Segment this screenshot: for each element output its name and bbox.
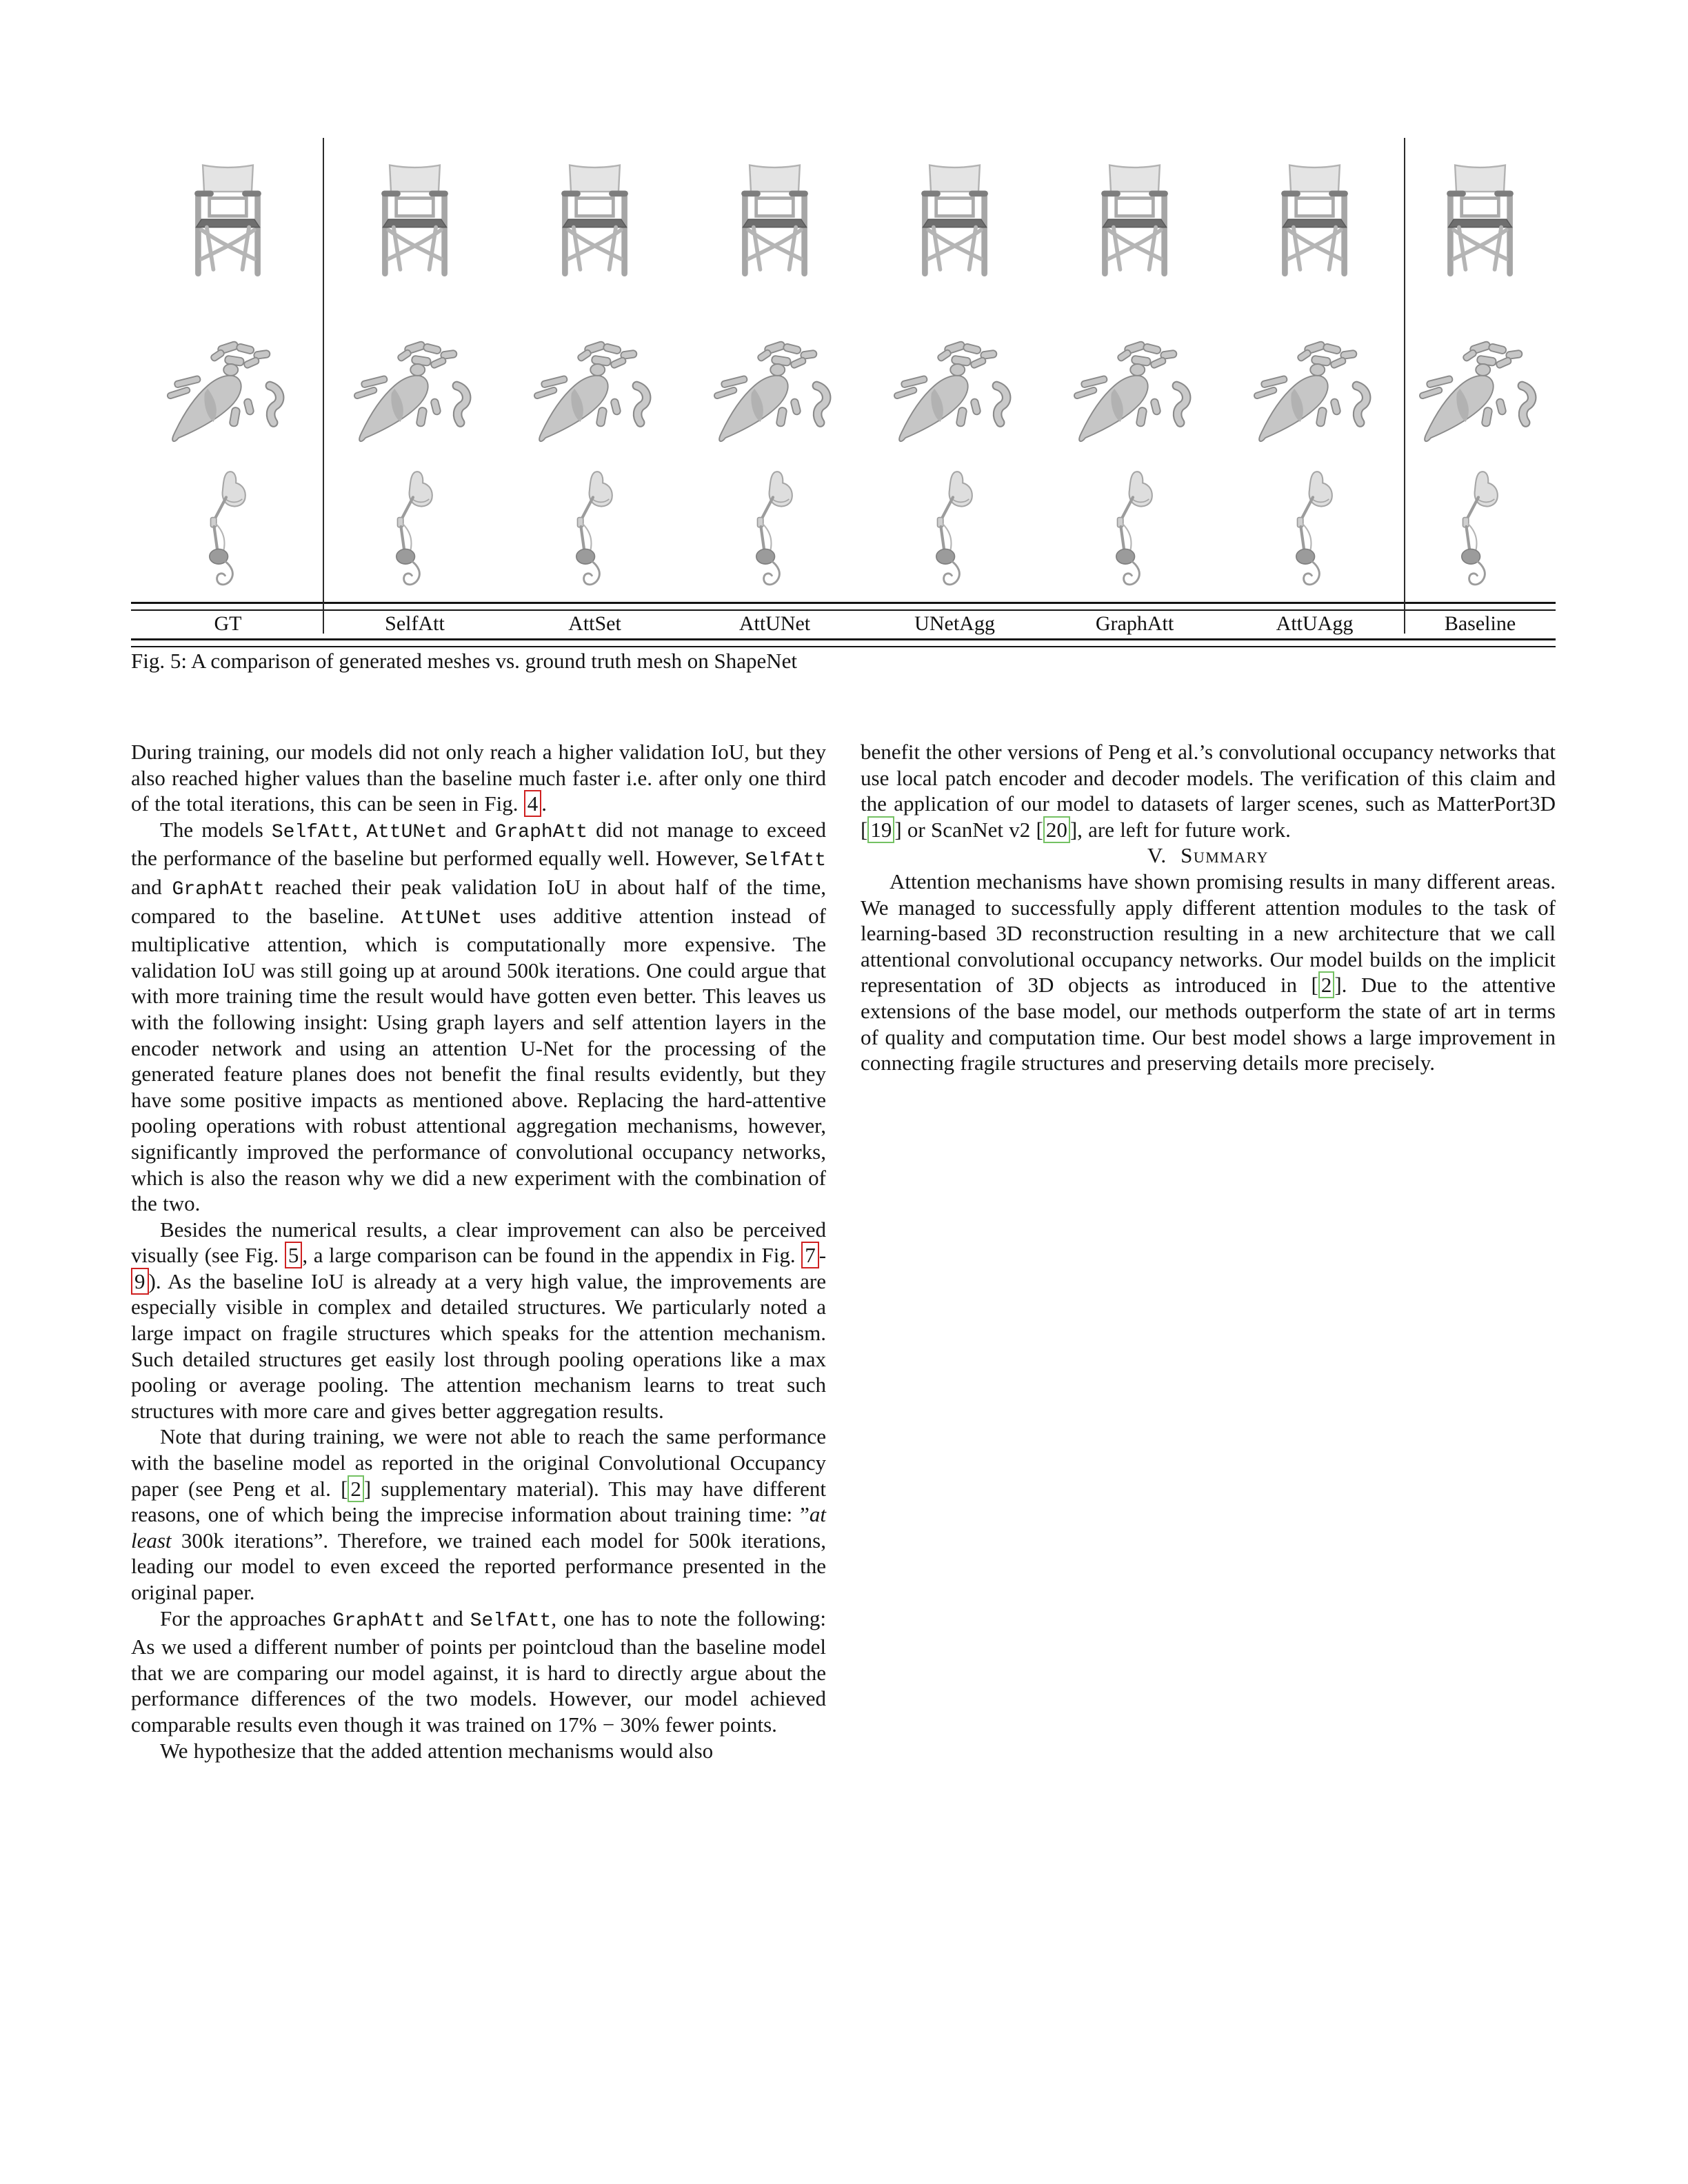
spaceship-mesh-image xyxy=(685,335,865,451)
figure-ref-link[interactable]: 5 xyxy=(285,1242,303,1268)
figure-ref-link[interactable]: 9 xyxy=(131,1268,149,1295)
paper-page: GTSelfAttAttSetAttUNetUNetAggGraphAttAtt… xyxy=(0,0,1688,2184)
column-separator-line xyxy=(1404,138,1405,634)
citation-link[interactable]: 2 xyxy=(1318,971,1335,998)
mesh-spaceship-selfatt xyxy=(325,325,505,461)
section-title: Summary xyxy=(1180,843,1269,867)
mesh-spaceship-attuagg xyxy=(1225,325,1405,461)
lamp-mesh-image xyxy=(1405,464,1556,599)
mesh-chair-attset xyxy=(505,138,685,325)
text-segment: For the approaches xyxy=(160,1606,332,1630)
mesh-lamp-attuagg xyxy=(1225,461,1405,602)
figure-column-label-attset: AttSet xyxy=(505,612,685,636)
paragraph: During training, our models did not only… xyxy=(131,739,826,817)
figure-column-label-attuagg: AttUAgg xyxy=(1225,612,1405,636)
text-segment: During training, our models did not only… xyxy=(131,740,826,816)
spaceship-mesh-image xyxy=(325,335,505,451)
mesh-lamp-baseline xyxy=(1405,461,1556,602)
text-segment: SelfAtt xyxy=(272,822,353,843)
chair-mesh-image xyxy=(131,159,325,284)
mesh-spaceship-graphatt xyxy=(1045,325,1225,461)
paragraph: We hypothesize that the added attention … xyxy=(131,1738,826,1764)
table-rule-bottom xyxy=(131,638,1556,647)
text-segment: ] or ScanNet v2 [ xyxy=(894,818,1043,842)
lamp-mesh-image xyxy=(1225,464,1405,599)
mesh-spaceship-gt xyxy=(131,325,325,461)
mesh-row-spaceship xyxy=(131,325,1556,461)
right-column: benefit the other versions of Peng et al… xyxy=(861,739,1556,1076)
lamp-mesh-image xyxy=(865,464,1045,599)
figure-column-label-graphatt: GraphAtt xyxy=(1045,612,1225,636)
chair-mesh-image xyxy=(685,159,865,284)
mesh-spaceship-attunet xyxy=(685,325,865,461)
text-segment: , xyxy=(352,818,366,842)
mesh-chair-unetagg xyxy=(865,138,1045,325)
citation-link[interactable]: 2 xyxy=(348,1475,364,1502)
text-segment: 300k iterations”. Therefore, we trained … xyxy=(131,1528,826,1604)
paragraph: Besides the numerical results, a clear i… xyxy=(131,1217,826,1424)
figure-column-label-unetagg: UNetAgg xyxy=(865,612,1045,636)
text-segment: We hypothesize that the added attention … xyxy=(160,1739,713,1763)
section-number: V. xyxy=(1147,843,1167,867)
text-segment: SelfAtt xyxy=(470,1610,552,1632)
mesh-spaceship-unetagg xyxy=(865,325,1045,461)
text-segment: SelfAtt xyxy=(745,850,826,871)
text-segment: uses additive attention instead of multi… xyxy=(131,904,826,1216)
chair-mesh-image xyxy=(505,159,685,284)
lamp-mesh-image xyxy=(685,464,865,599)
section-heading-summary: V.Summary xyxy=(861,842,1556,869)
text-segment: The models xyxy=(160,818,272,842)
text-segment: and xyxy=(448,818,495,842)
text-segment: , a large comparison can be found in the… xyxy=(302,1243,801,1267)
text-segment: AttUNet xyxy=(401,908,483,929)
mesh-row-chair xyxy=(131,138,1556,325)
chair-mesh-image xyxy=(1405,159,1556,284)
paragraph: benefit the other versions of Peng et al… xyxy=(861,739,1556,842)
figure-column-label-attunet: AttUNet xyxy=(685,612,865,636)
text-segment: GraphAtt xyxy=(172,879,265,900)
figure-column-label-gt: GT xyxy=(131,612,325,636)
figure-column-label-selfatt: SelfAtt xyxy=(325,612,505,636)
figure-ref-link[interactable]: 4 xyxy=(524,790,542,817)
figure-caption: Fig. 5: A comparison of generated meshes… xyxy=(131,648,1556,674)
chair-mesh-image xyxy=(1045,159,1225,284)
figure-column-label-baseline: Baseline xyxy=(1405,612,1556,636)
text-segment: and xyxy=(425,1606,470,1630)
column-separator-line xyxy=(323,138,324,634)
lamp-mesh-image xyxy=(1045,464,1225,599)
paragraph: For the approaches GraphAtt and SelfAtt,… xyxy=(131,1606,826,1738)
mesh-chair-baseline xyxy=(1405,138,1556,325)
lamp-mesh-image xyxy=(505,464,685,599)
spaceship-mesh-image xyxy=(865,335,1045,451)
paragraph: Attention mechanisms have shown promisin… xyxy=(861,869,1556,1076)
mesh-lamp-unetagg xyxy=(865,461,1045,602)
mesh-chair-attuagg xyxy=(1225,138,1405,325)
figure-mesh-grid xyxy=(131,138,1556,602)
citation-link[interactable]: 20 xyxy=(1043,816,1070,843)
mesh-lamp-graphatt xyxy=(1045,461,1225,602)
figure-label-row: GTSelfAttAttSetAttUNetUNetAggGraphAttAtt… xyxy=(131,611,1556,638)
spaceship-mesh-image xyxy=(505,335,685,451)
text-segment: GraphAtt xyxy=(332,1610,425,1632)
paragraph: The models SelfAtt, AttUNet and GraphAtt… xyxy=(131,817,826,1217)
table-rule-top xyxy=(131,602,1556,611)
mesh-chair-gt xyxy=(131,138,325,325)
figure-5: GTSelfAttAttSetAttUNetUNetAggGraphAttAtt… xyxy=(131,138,1556,647)
mesh-lamp-attunet xyxy=(685,461,865,602)
text-segment: and xyxy=(131,875,172,899)
lamp-mesh-image xyxy=(325,464,505,599)
text-segment: ], are left for future work. xyxy=(1070,818,1291,842)
mesh-lamp-selfatt xyxy=(325,461,505,602)
spaceship-mesh-image xyxy=(131,335,325,451)
mesh-chair-attunet xyxy=(685,138,865,325)
mesh-chair-graphatt xyxy=(1045,138,1225,325)
spaceship-mesh-image xyxy=(1045,335,1225,451)
mesh-chair-selfatt xyxy=(325,138,505,325)
mesh-spaceship-attset xyxy=(505,325,685,461)
chair-mesh-image xyxy=(1225,159,1405,284)
mesh-lamp-gt xyxy=(131,461,325,602)
spaceship-mesh-image xyxy=(1225,335,1405,451)
figure-ref-link[interactable]: 7 xyxy=(801,1242,819,1268)
citation-link[interactable]: 19 xyxy=(867,816,894,843)
mesh-lamp-attset xyxy=(505,461,685,602)
mesh-row-lamp xyxy=(131,461,1556,602)
mesh-spaceship-baseline xyxy=(1405,325,1556,461)
paragraph: Note that during training, we were not a… xyxy=(131,1424,826,1605)
text-segment: ). As the baseline IoU is already at a v… xyxy=(131,1269,826,1423)
chair-mesh-image xyxy=(865,159,1045,284)
lamp-mesh-image xyxy=(131,464,325,599)
text-segment: . xyxy=(541,791,547,816)
spaceship-mesh-image xyxy=(1405,335,1556,451)
text-segment: AttUNet xyxy=(366,822,448,843)
text-segment: GraphAtt xyxy=(495,822,587,843)
text-segment: - xyxy=(819,1243,826,1267)
chair-mesh-image xyxy=(325,159,505,284)
left-column: During training, our models did not only… xyxy=(131,739,826,1763)
